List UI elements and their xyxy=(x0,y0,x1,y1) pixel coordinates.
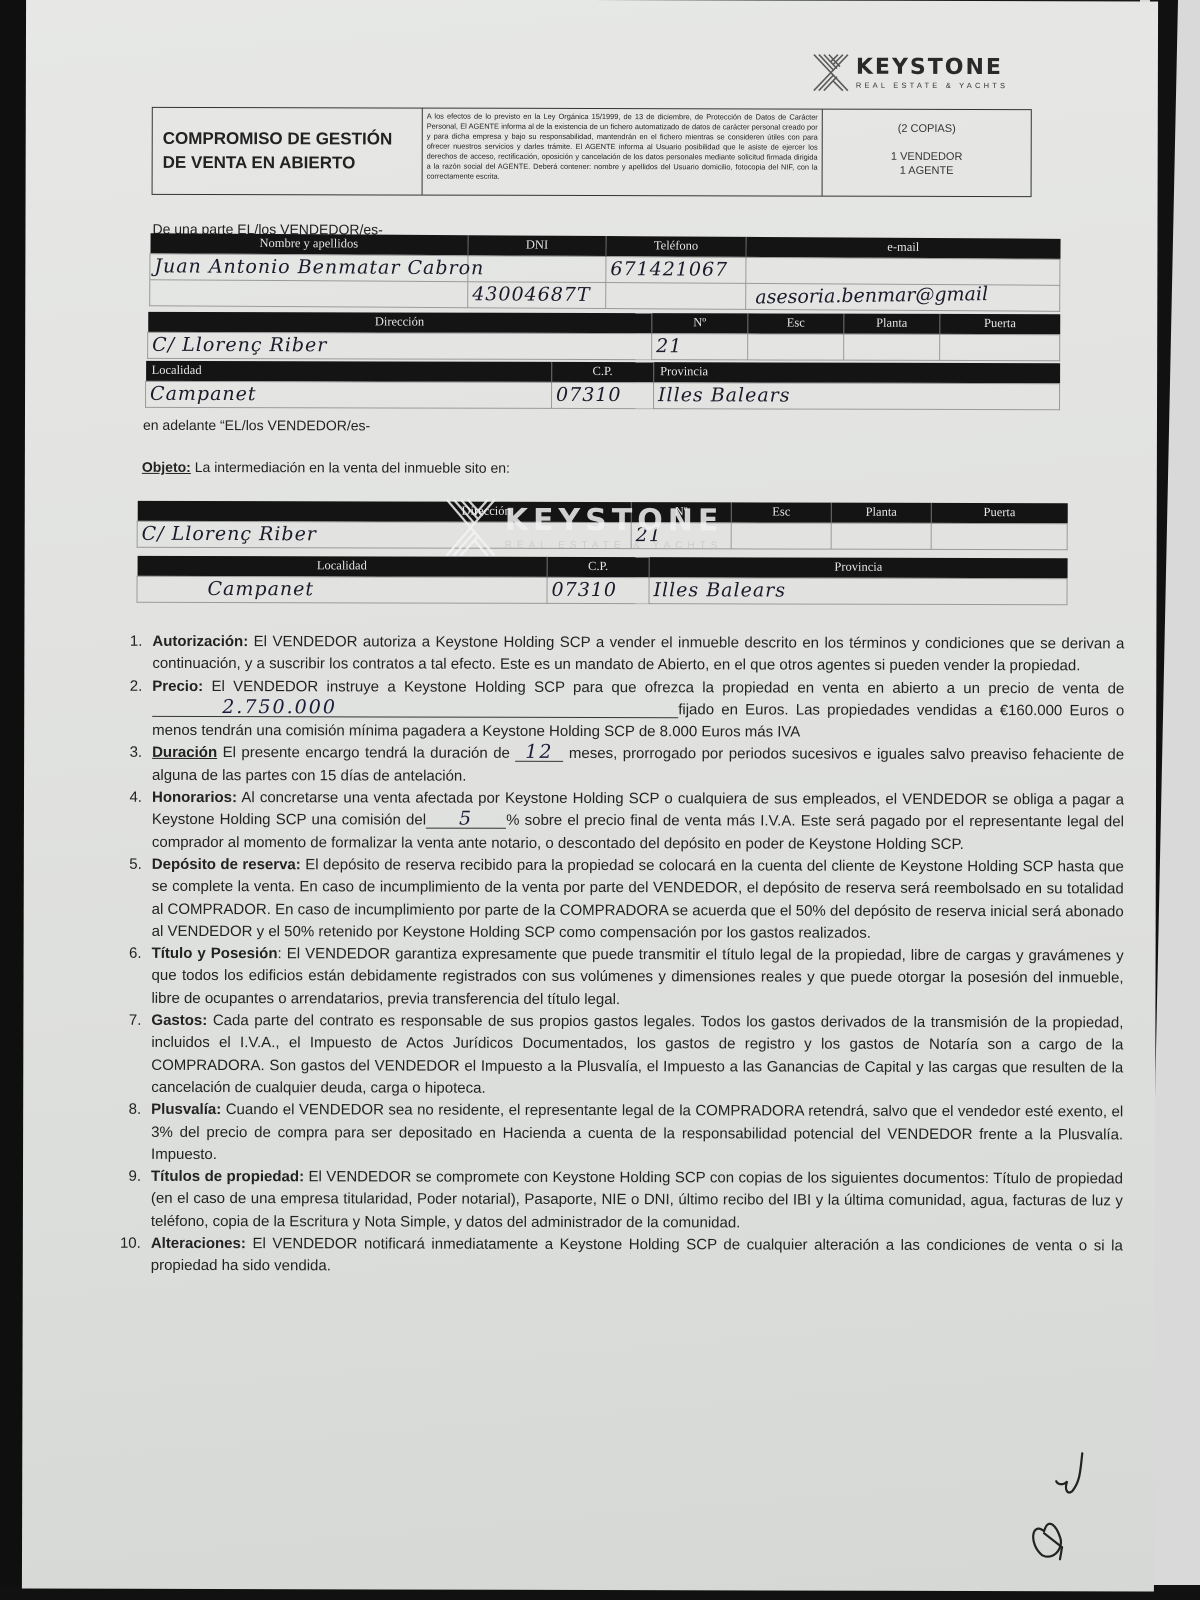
copy-seller: 1 VENDEDOR xyxy=(823,150,1031,165)
clause-capital-gains: 8. Plusvalía: Cuando el VENDEDOR sea no … xyxy=(111,1099,1123,1169)
price-field[interactable]: 2.750.000 xyxy=(152,698,678,718)
empty-cell xyxy=(606,282,746,309)
seller-name-overflow xyxy=(468,255,606,282)
object-text: La intermediación en la venta del inmueb… xyxy=(191,459,510,476)
seller-locality-table: Localidad C.P. Provincia Campanet 07310 … xyxy=(145,361,1060,410)
seller-dni-field[interactable]: 43004687T xyxy=(468,281,606,308)
header-locality: Localidad xyxy=(137,556,547,577)
header-door: Puerta xyxy=(931,503,1067,523)
header-esc: Esc xyxy=(748,313,844,333)
seller-floor-field[interactable] xyxy=(844,334,940,360)
title-line-1: COMPROMISO DE GESTIÓN xyxy=(163,127,393,152)
seller-name-field[interactable]: Juan Antonio Benmatar Cabron xyxy=(150,253,468,281)
data-protection-notice: A los efectos de lo previsto en la Ley O… xyxy=(423,109,823,196)
title-line-2: DE VENTA EN ABIERTO xyxy=(163,151,393,176)
header-postal-code: C.P. xyxy=(547,557,649,577)
header-province: Provincia xyxy=(649,557,1067,578)
header-floor: Planta xyxy=(844,314,940,334)
signature-initials-icon xyxy=(1022,1451,1112,1561)
property-address-field[interactable]: C/ Llorenç Riber xyxy=(137,521,631,548)
copy-agent: 1 AGENTE xyxy=(823,164,1031,179)
seller-postal-code-field[interactable]: 07310 xyxy=(552,382,654,408)
brand-logo: KEYSTONE REAL ESTATE & YACHTS xyxy=(812,53,1008,94)
header-door: Puerta xyxy=(940,314,1060,334)
duration-months-field[interactable]: 12 xyxy=(515,743,563,762)
property-door-field[interactable] xyxy=(931,523,1067,549)
brand-name: KEYSTONE xyxy=(856,56,1008,78)
clause-price: 2. Precio: El VENDEDOR instruye a Keysto… xyxy=(112,675,1124,745)
object-label: Objeto: xyxy=(142,459,191,475)
keystone-logo-icon xyxy=(812,53,850,93)
clause-duration: 3. Duración El presente encargo tendrá l… xyxy=(112,742,1124,789)
header-name: Nombre y apellidos xyxy=(150,233,468,255)
property-locality-table: Localidad C.P. Provincia Campanet 07310 … xyxy=(137,556,1068,605)
seller-number-field[interactable]: 21 xyxy=(652,333,748,359)
brand-tagline: REAL ESTATE & YACHTS xyxy=(856,80,1008,89)
object-statement: Objeto: La intermediación en la venta de… xyxy=(142,459,510,476)
copies-info: (2 COPIAS) 1 VENDEDOR 1 AGENTE xyxy=(823,110,1031,197)
document-header: COMPROMISO DE GESTIÓN DE VENTA EN ABIERT… xyxy=(152,107,1032,197)
header-esc: Esc xyxy=(731,502,831,522)
header-floor: Planta xyxy=(831,503,931,523)
header-dni: DNI xyxy=(468,235,606,256)
clauses-list: 1. Autorización: El VENDEDOR autoriza a … xyxy=(111,631,1125,1280)
header-address: Dirección xyxy=(148,312,652,333)
clause-alterations: 10. Alteraciones: El VENDEDOR notificará… xyxy=(111,1233,1123,1280)
header-province: Provincia xyxy=(654,362,1060,383)
seller-address-table: Dirección Nº Esc Planta Puerta C/ Lloren… xyxy=(147,312,1060,361)
seller-esc-field[interactable] xyxy=(748,333,844,359)
header-locality: Localidad xyxy=(146,361,552,382)
property-floor-field[interactable] xyxy=(831,523,931,549)
clause-expenses: 7. Gastos: Cada parte del contrato es re… xyxy=(111,1010,1123,1102)
seller-address-field[interactable]: C/ Llorenç Riber xyxy=(148,332,652,359)
header-email: e-mail xyxy=(746,237,1060,259)
seller-province-field[interactable]: Illes Balears xyxy=(654,382,1060,409)
document-page: KEYSTONE REAL ESTATE & YACHTS COMPROMISO… xyxy=(22,0,1158,1591)
clause-title-possession: 6. Título y Posesión: El VENDEDOR garant… xyxy=(111,943,1123,1013)
seller-email-top xyxy=(746,257,1060,285)
property-locality-field[interactable]: Campanet xyxy=(137,576,547,603)
property-esc-field[interactable] xyxy=(731,522,831,548)
property-province-field[interactable]: Illes Balears xyxy=(649,577,1067,604)
header-postal-code: C.P. xyxy=(552,362,654,382)
document-title: COMPROMISO DE GESTIÓN DE VENTA EN ABIERT… xyxy=(153,108,423,195)
clause-authorization: 1. Autorización: El VENDEDOR autoriza a … xyxy=(112,631,1124,678)
header-number: Nº xyxy=(631,502,731,522)
seller-locality-field[interactable]: Campanet xyxy=(146,381,552,408)
property-number-field[interactable]: 21 xyxy=(631,522,731,548)
clause-fees: 4. Honorarios: Al concretarse una venta … xyxy=(112,787,1124,857)
empty-cell xyxy=(150,279,468,307)
clause-property-titles: 9. Títulos de propiedad: El VENDEDOR se … xyxy=(111,1166,1123,1236)
seller-outro: en adelante “EL/los VENDEDOR/es- xyxy=(143,417,370,434)
header-phone: Teléfono xyxy=(606,236,746,257)
seller-email-field[interactable]: asesoria.benmar@gmail xyxy=(755,283,988,308)
seller-door-field[interactable] xyxy=(940,334,1060,360)
property-address-table: Dirección Nº Esc Planta Puerta C/ Lloren… xyxy=(137,501,1068,550)
clause-deposit: 5. Depósito de reserva: El depósito de r… xyxy=(112,854,1124,946)
commission-percent-field[interactable]: 5 xyxy=(426,810,506,829)
header-number: Nº xyxy=(652,313,748,333)
header-address: Dirección xyxy=(137,501,631,522)
copies-count: (2 COPIAS) xyxy=(823,122,1031,137)
seller-phone-field[interactable]: 671421067 xyxy=(606,256,746,283)
property-postal-code-field[interactable]: 07310 xyxy=(547,577,649,603)
